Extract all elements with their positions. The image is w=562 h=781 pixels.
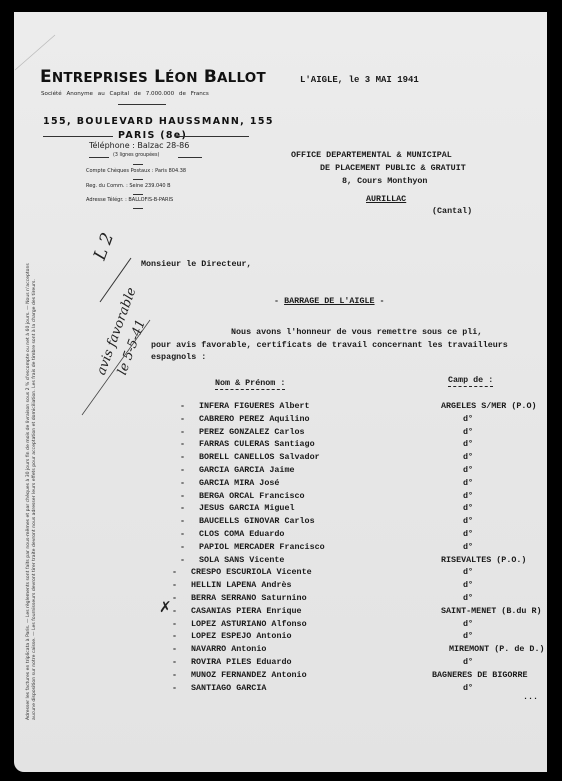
row-dash: - [180, 427, 185, 437]
row-dash: - [172, 619, 177, 629]
row-dash: - [180, 452, 185, 462]
body-line1: Nous avons l'honneur de vous remettre so… [231, 327, 482, 337]
row-dash: - [172, 657, 177, 667]
worker-name: PAPIOL MERCADER Francisco [199, 542, 325, 552]
worker-name: GARCIA MIRA José [199, 478, 279, 488]
camp-name: d° [463, 452, 473, 462]
worker-name: NAVARRO Antonio [191, 644, 266, 654]
worker-name: CABRERO PEREZ Aquilino [199, 414, 310, 424]
fold-mark [15, 35, 55, 70]
pen-stroke [82, 320, 150, 415]
continuation-marker: ... [523, 692, 538, 702]
worker-name: CASANIAS PIERA Enrique [191, 606, 302, 616]
camp-name: d° [463, 567, 473, 577]
camp-name: d° [463, 414, 473, 424]
worker-name: CRESPO ESCURIOLA Vicente [191, 567, 312, 577]
camp-name: MIREMONT (P. de D.) [449, 644, 545, 654]
camp-name: d° [463, 503, 473, 513]
camp-name: d° [463, 465, 473, 475]
row-dash: - [180, 542, 185, 552]
worker-name: HELLIN LAPENA Andrès [191, 580, 292, 590]
camp-name: d° [463, 657, 473, 667]
worker-name: GARCIA GARCIA Jaime [199, 465, 295, 475]
camp-name: d° [463, 619, 473, 629]
subject: - BARRAGE DE L'AIGLE - [274, 296, 385, 306]
camp-name: RISEVALTES (P.O.) [441, 555, 526, 565]
row-dash: - [180, 478, 185, 488]
row-dash: - [180, 555, 185, 565]
row-dash: - [172, 631, 177, 641]
row-dash: - [180, 491, 185, 501]
salutation: Monsieur le Directeur, [141, 259, 252, 269]
worker-name: INFERA FIGUERES Albert [199, 401, 310, 411]
worker-name: LOPEZ ASTURIANO Alfonso [191, 619, 307, 629]
camp-name: d° [463, 580, 473, 590]
row-dash: - [180, 414, 185, 424]
column-header-name: Nom & Prénom : [215, 378, 285, 388]
worker-name: SOLA SANS Vicente [199, 555, 284, 565]
camp-name: d° [463, 593, 473, 603]
subject-title: BARRAGE DE L'AIGLE [284, 296, 374, 306]
camp-name: d° [463, 542, 473, 552]
row-dash: - [172, 593, 177, 603]
worker-name: ROVIRA PILES Eduardo [191, 657, 292, 667]
row-dash: - [180, 529, 185, 539]
worker-name: CLOS COMA Eduardo [199, 529, 284, 539]
worker-name: SANTIAGO GARCIA [191, 683, 266, 693]
camp-name: BAGNERES DE BIGORRE [432, 670, 528, 680]
row-dash: - [172, 567, 177, 577]
worker-name: JESUS GARCIA Miguel [199, 503, 295, 513]
row-dash: - [172, 606, 177, 616]
camp-name: d° [463, 529, 473, 539]
camp-name: d° [463, 683, 473, 693]
camp-name: d° [463, 516, 473, 526]
worker-name: BORELL CANELLOS Salvador [199, 452, 320, 462]
worker-name: LOPEZ ESPEJO Antonio [191, 631, 292, 641]
pen-stroke [100, 258, 131, 302]
column-header-camp: Camp de : [448, 375, 493, 385]
camp-name: SAINT-MENET (B.du R) [441, 606, 542, 616]
worker-name: FARRAS CULERAS Santiago [199, 439, 315, 449]
worker-name: BAUCELLS GINOVAR Carlos [199, 516, 315, 526]
body-line3: espagnols : [151, 352, 206, 362]
worker-name: MUNOZ FERNANDEZ Antonio [191, 670, 307, 680]
row-dash: - [180, 401, 185, 411]
row-dash: - [180, 465, 185, 475]
row-dash: - [172, 644, 177, 654]
row-dash: - [172, 683, 177, 693]
camp-name: d° [463, 427, 473, 437]
body-line2: pour avis favorable, certificats de trav… [151, 340, 508, 350]
worker-name: BERGA ORCAL Francisco [199, 491, 305, 501]
row-dash: - [172, 670, 177, 680]
row-dash: - [180, 439, 185, 449]
camp-name: ARGELES S/MER (P.O) [441, 401, 537, 411]
worker-name: BERRA SERRANO Saturnino [191, 593, 307, 603]
camp-name: d° [463, 491, 473, 501]
row-dash: - [172, 580, 177, 590]
row-dash: - [180, 516, 185, 526]
handwritten-x-mark: ✗ [159, 598, 172, 616]
row-dash: - [180, 503, 185, 513]
camp-name: d° [463, 631, 473, 641]
camp-name: d° [463, 478, 473, 488]
camp-name: d° [463, 439, 473, 449]
worker-name: PEREZ GONZALEZ Carlos [199, 427, 305, 437]
